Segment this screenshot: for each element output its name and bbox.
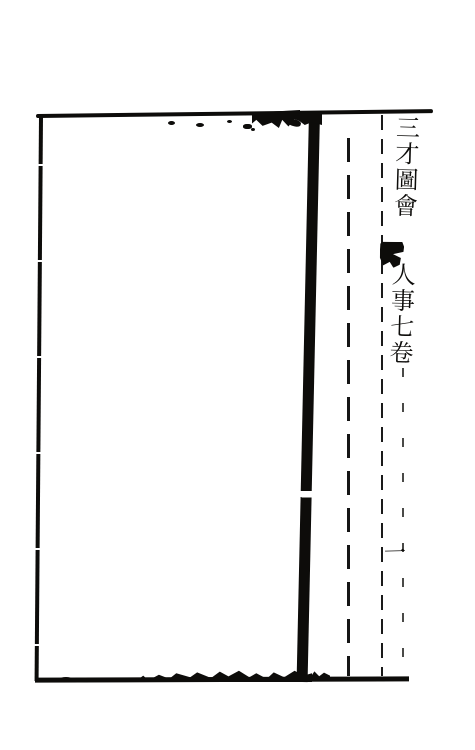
frame-right-border bbox=[297, 112, 320, 682]
volume-title-vertical: 人事七卷 bbox=[385, 262, 416, 367]
page-number: 一 bbox=[384, 549, 406, 560]
ink-speck bbox=[60, 677, 72, 680]
ink-speck bbox=[196, 123, 204, 127]
frame-left-border bbox=[35, 117, 43, 681]
banxin-column: 三才圖會 人事七卷 bbox=[377, 115, 419, 576]
scanned-book-page: 三才圖會 人事七卷 一 bbox=[0, 0, 475, 750]
ink-speck bbox=[168, 121, 175, 125]
frame-top-border bbox=[36, 109, 433, 118]
ink-speck bbox=[93, 678, 100, 681]
ink-smudge-bottom bbox=[138, 666, 312, 682]
ink-speck bbox=[227, 120, 232, 123]
fold-line-left bbox=[347, 138, 350, 676]
ink-speck bbox=[251, 128, 255, 131]
book-title-vertical: 三才圖會 bbox=[389, 115, 420, 220]
